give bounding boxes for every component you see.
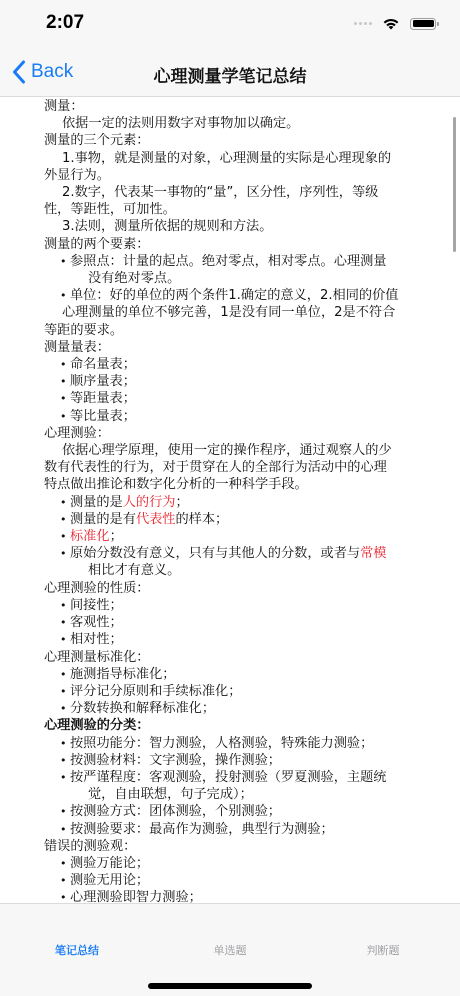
heading: 测量的三个元素：	[44, 132, 422, 149]
paragraph: 1.事物，就是测量的对象，心理测量的实际是心理现象的	[44, 150, 422, 167]
list-item: 相对性；	[44, 631, 422, 648]
list-item: 等比量表；	[44, 408, 422, 425]
heading: 测量的两个要素：	[44, 236, 422, 253]
heading: 错误的测验观：	[44, 838, 422, 855]
list-item: 按测验材料：文字测验，操作测验；	[44, 752, 422, 769]
highlight-text: 人的行为	[123, 495, 176, 510]
heading: 心理测验的性质：	[44, 580, 422, 597]
battery-icon	[410, 18, 436, 30]
list-item: 测验无用论；	[44, 872, 422, 889]
paragraph: 依据心理学原理，使用一定的操作程序，通过观察人的少	[44, 442, 422, 459]
heading: 心理测量标准化：	[44, 649, 422, 666]
tab-single-choice[interactable]: 单选题	[214, 942, 247, 958]
list-item: 评分记分原则和手续标准化；	[44, 683, 422, 700]
paragraph: 特点做出推论和数字化分析的一种科学手段。	[44, 476, 422, 493]
list-item: 心理测验即智力测验；	[44, 889, 422, 903]
header: 2:07 Back 心理测量学笔记总结	[0, 0, 460, 97]
cellular-signal-icon	[354, 22, 372, 25]
heading: 测量量表：	[44, 339, 422, 356]
heading-bold: 心理测验的分类：	[44, 717, 422, 734]
heading: 心理测验：	[44, 425, 422, 442]
status-icons	[354, 17, 436, 30]
paragraph: 依据一定的法则用数字对事物加以确定。	[44, 115, 422, 132]
status-time: 2:07	[46, 12, 84, 34]
list-item: 按测验方式：团体测验，个别测验；	[44, 803, 422, 820]
highlight-text: 代表性	[136, 512, 176, 527]
list-item: 施测指导标准化；	[44, 666, 422, 683]
list-item: 等距量表；	[44, 390, 422, 407]
paragraph: 3.法则，测量所依据的规则和方法。	[44, 218, 422, 235]
notes-scroll-view[interactable]: 测量： 依据一定的法则用数字对事物加以确定。 测量的三个元素： 1.事物，就是测…	[0, 98, 460, 903]
paragraph: 性，等距性，可加性。	[44, 201, 422, 218]
list-item: 命名量表；	[44, 356, 422, 373]
list-item: 按严谨程度：客观测验，投射测验（罗夏测验，主题统	[44, 769, 422, 786]
heading: 测量：	[44, 98, 422, 115]
list-item: 按照功能分：智力测验，人格测验，特殊能力测验；	[44, 735, 422, 752]
page-title: 心理测量学笔记总结	[0, 62, 460, 87]
highlight-text: 标准化	[70, 529, 110, 544]
phone-screen: 2:07 Back 心理测量学笔记总结 测量： 依据一定的法则用数字对事物加以确…	[0, 0, 460, 996]
list-item: 参照点：计量的起点。绝对零点，相对零点。心理测量	[44, 253, 422, 270]
notes-text: 测量： 依据一定的法则用数字对事物加以确定。 测量的三个元素： 1.事物，就是测…	[44, 98, 422, 903]
list-item: 测量的是人的行为；	[44, 494, 422, 511]
list-item: 标准化；	[44, 528, 422, 545]
list-item: 间接性；	[44, 597, 422, 614]
paragraph: 2.数字，代表某一事物的“量”，区分性，序列性，等级	[44, 184, 422, 201]
list-item: 客观性；	[44, 614, 422, 631]
list-item: 测验万能论；	[44, 855, 422, 872]
tab-true-false[interactable]: 判断题	[367, 942, 400, 958]
paragraph: 心理测量的单位不够完善，1是没有同一单位，2是不符合	[44, 304, 422, 321]
highlight-text: 常模	[360, 546, 386, 561]
list-item: 原始分数没有意义，只有与其他人的分数，或者与常模	[44, 545, 422, 562]
tab-notes-summary[interactable]: 笔记总结	[55, 942, 99, 958]
list-item-continuation: 没有绝对零点。	[44, 270, 422, 287]
list-item-continuation: 相比才有意义。	[44, 562, 422, 579]
scrollbar[interactable]	[453, 117, 456, 252]
paragraph: 外显行为。	[44, 167, 422, 184]
paragraph: 数有代表性的行为，对于贯穿在人的全部行为活动中的心理	[44, 459, 422, 476]
list-item: 单位：好的单位的两个条件1.确定的意义，2.相同的价值	[44, 287, 422, 304]
paragraph: 等距的要求。	[44, 322, 422, 339]
list-item: 分数转换和解释标准化；	[44, 700, 422, 717]
list-item: 顺序量表；	[44, 373, 422, 390]
tab-bar: 笔记总结 单选题 判断题	[0, 903, 460, 996]
wifi-icon	[382, 17, 400, 30]
list-item: 按测验要求：最高作为测验，典型行为测验；	[44, 821, 422, 838]
list-item-continuation: 觉，自由联想，句子完成）；	[44, 786, 422, 803]
list-item: 测量的是有代表性的样本；	[44, 511, 422, 528]
home-indicator[interactable]	[148, 983, 312, 989]
